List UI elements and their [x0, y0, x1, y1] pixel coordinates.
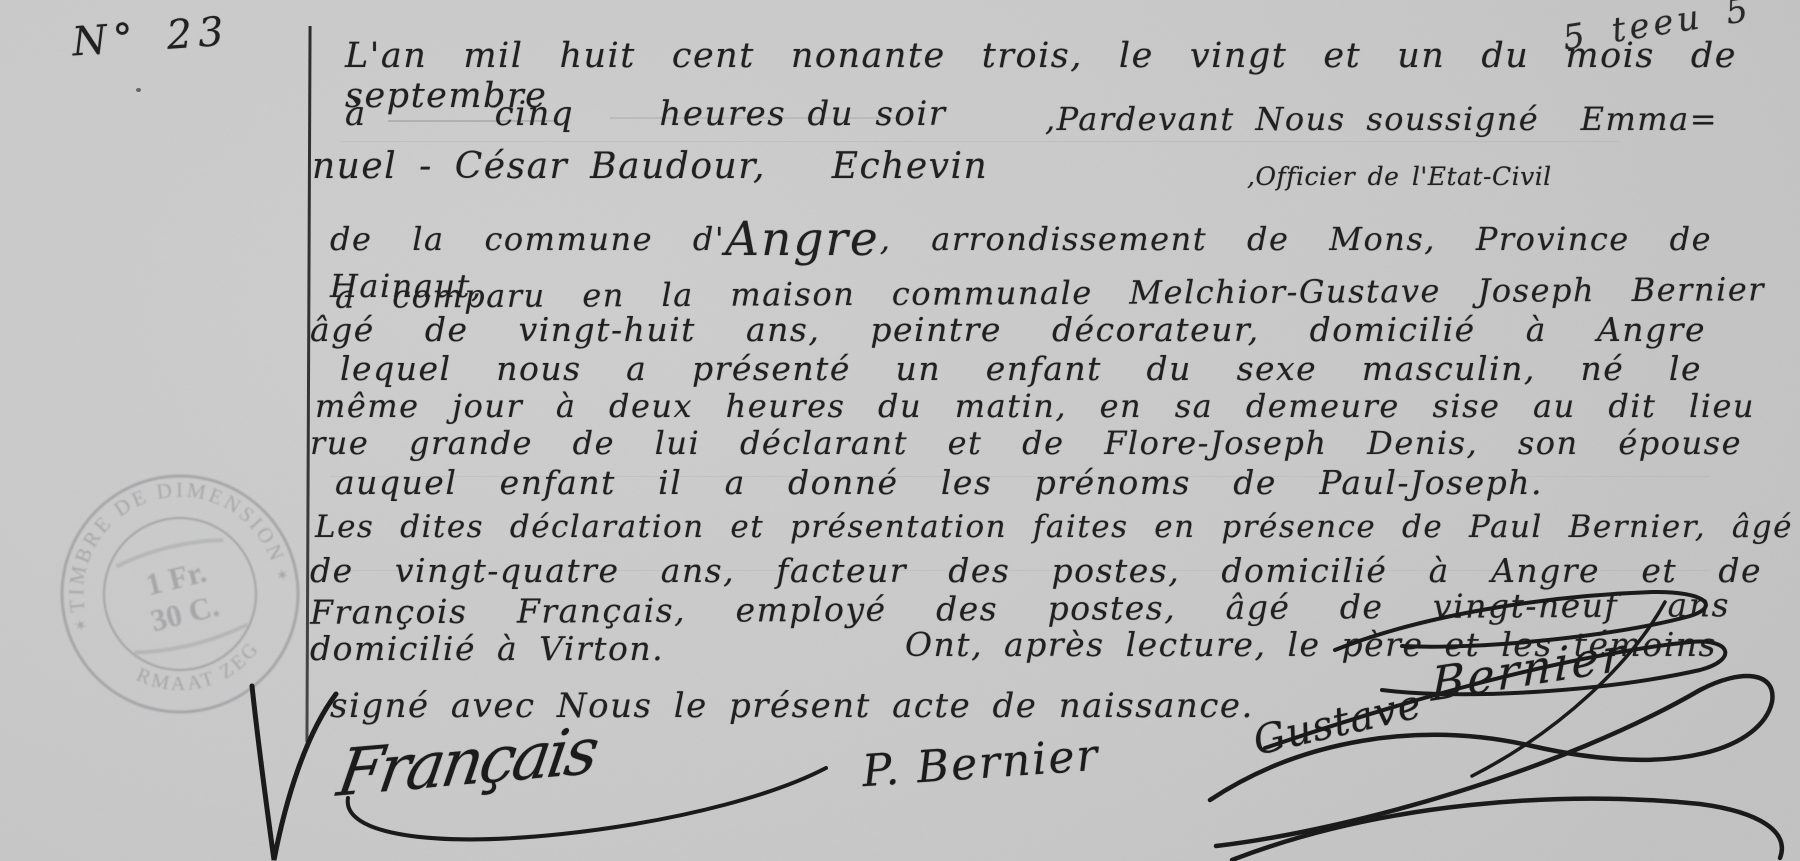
ink-dot [136, 88, 141, 92]
line-text: de la commune d' [330, 220, 725, 258]
document-line: rue grande de lui déclarant et de Flore-… [310, 424, 1742, 462]
line-text: signé avec Nous le présent acte de naiss… [330, 686, 1254, 726]
line-text: ,Officier de l'Etat-Civil [1247, 162, 1552, 191]
line-text: Les dites déclaration et présentation fa… [315, 509, 1793, 545]
document-line: de vingt-quatre ans, facteur des postes,… [310, 551, 1762, 590]
document-line: même jour à deux heures du matin, en sa … [315, 387, 1755, 425]
document-line: a comparu en la maison communale Melchio… [335, 270, 1765, 315]
line-text: rue grande de lui déclarant et de Flore-… [310, 424, 1742, 462]
revenue-stamp: TIMBRE DE DIMENSION FORMAAT ZEGEL 1 Fr. … [40, 452, 340, 742]
line-text: a comparu en la maison communale Melchio… [335, 270, 1765, 315]
line-text: domicilié à Virton. [310, 629, 664, 668]
revenue-stamp-svg: TIMBRE DE DIMENSION FORMAAT ZEGEL 1 Fr. … [40, 452, 340, 742]
line-text: auquel enfant il a donné les prénoms de … [335, 463, 1543, 502]
line-text: nuel - César Baudour, Echevin [312, 146, 988, 187]
line-text: lequel nous a présenté un enfant du sexe… [340, 349, 1702, 388]
line-text: de vingt-quatre ans, facteur des postes,… [310, 551, 1762, 590]
line-text: même jour à deux heures du matin, en sa … [315, 387, 1755, 425]
document-line: âgé de vingt-huit ans, peintre décorateu… [310, 310, 1706, 349]
document-line: domicilié à Virton. Ont, après lecture, … [310, 629, 664, 668]
document-line: à cinq heures du soir ,Pardevant Nous so… [345, 94, 947, 134]
document-scan: { "colors": { "paper": "#c9c9c9", "ink":… [0, 0, 1800, 861]
document-line: lequel nous a présenté un enfant du sexe… [340, 349, 1702, 388]
stamp-wreath-bottom [135, 625, 249, 659]
commune-name: Angre [725, 212, 880, 267]
document-line: signé avec Nous le présent acte de naiss… [330, 686, 1235, 726]
stamp-star-right-icon: ✶ [274, 566, 291, 586]
line-text: ,Pardevant Nous soussigné Emma= [1045, 100, 1718, 138]
document-line: nuel - César Baudour, Echevin ,Officier … [312, 146, 988, 187]
document-line: Les dites déclaration et présentation fa… [315, 509, 1793, 545]
stamp-star-left-icon: ✶ [72, 617, 89, 637]
document-line: auquel enfant il a donné les prénoms de … [335, 463, 1543, 502]
line-text: âgé de vingt-huit ans, peintre décorateu… [310, 310, 1706, 349]
line-text: à cinq heures du soir [345, 94, 947, 134]
